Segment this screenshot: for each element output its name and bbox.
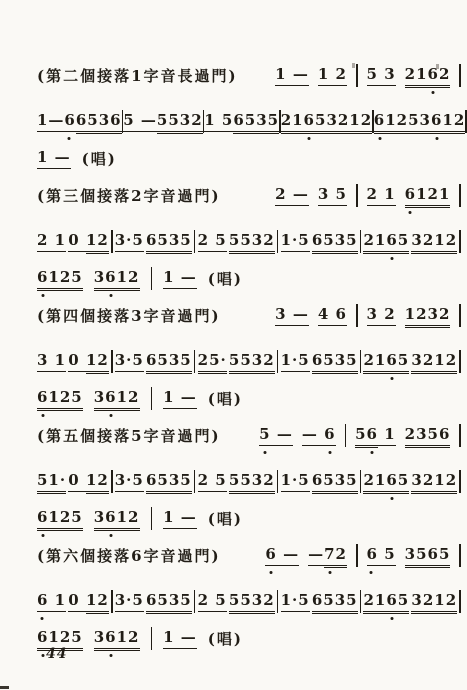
note-segment: 3·5: [115, 231, 144, 252]
note-segment: 3212: [411, 591, 457, 612]
note-group: 0 12: [68, 471, 109, 492]
notation-row: 1—665365 —55321 565352165321261253612: [37, 110, 461, 132]
note-group: 5 —: [259, 425, 293, 446]
note-segment: 5532: [229, 591, 275, 612]
section-label: (第三個接落2字音過門): [37, 185, 221, 206]
note-group: — 6: [302, 425, 336, 446]
note-segment: 3 —: [275, 305, 309, 326]
barline: [151, 387, 153, 410]
note-group: 5532: [229, 351, 275, 372]
note-segment: 72: [324, 545, 347, 566]
barline: [151, 627, 153, 650]
note-segment: 6125: [37, 388, 83, 409]
sing-label: (唱): [208, 268, 243, 289]
low-octave-dot: [391, 377, 394, 380]
note-segment: 5532: [229, 231, 275, 252]
barline: [277, 230, 279, 253]
low-octave-dot: [68, 137, 71, 140]
barline: [459, 304, 461, 327]
note-group: 6535: [146, 231, 192, 252]
note-segment: 12: [86, 351, 109, 372]
note-group: 1 —: [163, 268, 197, 289]
notation-row: 6 10 123·565352 555321·5653521653212: [37, 590, 461, 612]
low-octave-dot: [391, 257, 394, 260]
note-segment: 12: [86, 471, 109, 492]
sheet-page: (第二個接落1字音長過門)1 —1 25 321621—665365 —5532…: [0, 0, 467, 690]
note-segment: 3612: [94, 268, 140, 289]
note-segment: 3 2: [367, 305, 396, 326]
note-group: 2 —: [275, 185, 309, 206]
barline: [356, 64, 358, 87]
notation-row: 51·0 123·565352 555321·5653521653212: [37, 470, 461, 492]
note-group: 1 —: [163, 508, 197, 529]
low-octave-dot: [391, 497, 394, 500]
note-group: 3612: [94, 388, 140, 409]
notation-cluster: 3 —4 63 21232: [275, 304, 461, 327]
low-octave-dot: [378, 137, 381, 140]
note-segment: 6535: [146, 351, 192, 372]
note-segment: 12: [86, 591, 109, 612]
barline: [360, 350, 362, 373]
note-segment: 2165: [363, 591, 409, 612]
sing-label: (唱): [82, 148, 117, 169]
note-group: 6535: [312, 351, 358, 372]
note-group: 0 12: [68, 231, 109, 252]
note-segment: 3·5: [115, 471, 144, 492]
score-body: (第二個接落1字音長過門)1 —1 25 321621—665365 —5532…: [37, 64, 461, 649]
sing-label: (唱): [208, 628, 243, 649]
note-group: 5532: [229, 591, 275, 612]
notation-row: 612536121 —(唱): [37, 267, 461, 289]
note-group: 6125: [37, 508, 83, 529]
low-octave-dot: [109, 414, 112, 417]
notation-row: 612536121 —(唱): [37, 627, 461, 649]
note-segment: 2 5: [198, 231, 227, 252]
note-segment: 2 1: [367, 185, 396, 206]
note-segment: 1·5: [281, 231, 310, 252]
note-group: 6535: [146, 351, 192, 372]
note-group: 6125: [37, 388, 83, 409]
barline: [151, 267, 153, 290]
low-octave-dot: [328, 451, 331, 454]
note-group: 2 5: [198, 231, 227, 252]
low-octave-dot: [270, 571, 273, 574]
note-group: 1·5: [281, 351, 310, 372]
low-octave-dot: [370, 571, 373, 574]
barline: [277, 350, 279, 373]
note-group: 3 —: [275, 305, 309, 326]
note-segment: — 6: [302, 425, 336, 446]
note-segment: 1·5: [281, 471, 310, 492]
note-segment: 2165: [363, 351, 409, 372]
note-segment: 3212: [411, 471, 457, 492]
notation-cluster: 5 —— 656 12356: [259, 424, 461, 447]
note-group: 6125: [374, 111, 420, 132]
note-group: 1 —: [37, 148, 71, 169]
note-segment: 3212: [326, 111, 372, 132]
note-segment: 12: [86, 231, 109, 252]
barline: [459, 230, 461, 253]
note-group: 3·5: [115, 231, 144, 252]
note-group: 0 12: [68, 591, 109, 612]
low-octave-dot: [109, 654, 112, 657]
notation-row: (第五個接落5字音過門)5 —— 656 12356: [37, 424, 461, 446]
note-segment: 1—6: [37, 111, 76, 132]
section-label: (第二個接落1字音長過門): [37, 65, 238, 86]
note-segment: 3612: [94, 508, 140, 529]
note-segment: 5 —: [123, 111, 157, 132]
note-group: 3612: [420, 111, 466, 132]
note-segment: 3565: [405, 545, 451, 566]
note-group: 0 12: [68, 351, 109, 372]
note-group: 3212: [411, 591, 457, 612]
note-group: 56 1: [355, 425, 396, 446]
note-group: 2356: [405, 425, 451, 446]
note-segment: 3612: [94, 628, 140, 649]
note-segment: 6535: [146, 591, 192, 612]
note-group: 3612: [94, 268, 140, 289]
note-group: 2162: [405, 65, 451, 86]
note-segment: 2 5: [198, 591, 227, 612]
note-group: 1 —: [163, 388, 197, 409]
barline: [194, 350, 196, 373]
note-segment: 1 —: [163, 628, 197, 649]
barline: [194, 470, 196, 493]
note-group: 6 1: [37, 591, 66, 612]
barline: [459, 470, 461, 493]
low-octave-dot: [328, 571, 331, 574]
barline: [194, 590, 196, 613]
note-group: 1·5: [281, 591, 310, 612]
low-octave-dot: [409, 211, 412, 214]
note-segment: 5 3: [367, 65, 396, 86]
music-section: (第六個接落6字音過門)6 ——726 535656 10 123·565352…: [37, 544, 461, 649]
note-group: 6535: [312, 471, 358, 492]
note-group: 1·5: [281, 231, 310, 252]
low-octave-dot: [41, 534, 44, 537]
barline: [111, 590, 113, 613]
note-group: 6535: [312, 231, 358, 252]
note-segment: 6535: [312, 591, 358, 612]
barline: [194, 230, 196, 253]
sing-label: (唱): [208, 388, 243, 409]
low-octave-dot: [40, 617, 43, 620]
low-octave-dot: [41, 414, 44, 417]
barline: [360, 590, 362, 613]
note-group: 51·: [37, 471, 66, 492]
sing-label: (唱): [208, 508, 243, 529]
note-segment: 2356: [405, 425, 451, 446]
section-label: (第四個接落3字音過門): [37, 305, 221, 326]
note-group: 6121: [405, 185, 451, 206]
note-segment: 0: [68, 591, 86, 612]
note-group: 3 5: [318, 185, 347, 206]
note-group: —72: [308, 545, 347, 566]
music-section: (第四個接落3字音過門)3 —4 63 212323 10 123·565352…: [37, 304, 461, 409]
note-group: 2 1: [367, 185, 396, 206]
note-group: 3212: [411, 471, 457, 492]
low-octave-dot: [371, 451, 374, 454]
notation-cluster: 1 —1 25 32162: [275, 64, 461, 87]
note-segment: 5 —: [259, 425, 293, 446]
note-segment: 6535: [312, 351, 358, 372]
note-segment: 6535: [312, 471, 358, 492]
music-section: (第三個接落2字音過門)2 —3 52 161212 10 123·565352…: [37, 184, 461, 289]
note-segment: 1 —: [163, 268, 197, 289]
low-octave-dot: [41, 654, 44, 657]
note-group: 5 3: [367, 65, 396, 86]
note-group: 2 5: [198, 471, 227, 492]
note-group: 5 —: [123, 111, 157, 132]
note-segment: 3612: [420, 111, 466, 132]
note-group: 3212: [411, 351, 457, 372]
note-segment: 2 1: [37, 231, 66, 252]
note-segment: 3612: [94, 388, 140, 409]
note-group: 6535: [233, 111, 279, 132]
note-segment: 1 —: [37, 148, 71, 169]
note-segment: 6125: [37, 268, 83, 289]
note-group: 6125: [37, 268, 83, 289]
note-segment: 5532: [229, 351, 275, 372]
low-octave-dot: [435, 137, 438, 140]
note-group: 2165: [363, 351, 409, 372]
note-group: 3·5: [115, 471, 144, 492]
note-segment: 5532: [157, 111, 203, 132]
music-section: (第五個接落5字音過門)5 —— 656 1235651·0 123·56535…: [37, 424, 461, 529]
note-segment: 2162: [405, 65, 451, 86]
note-segment: 1: [378, 425, 396, 446]
notation-row: (第四個接落3字音過門)3 —4 63 21232: [37, 304, 461, 326]
note-segment: 3·5: [115, 591, 144, 612]
note-segment: 6 5: [367, 545, 396, 566]
note-group: 5532: [229, 471, 275, 492]
note-segment: 6535: [146, 471, 192, 492]
note-group: 2165: [363, 231, 409, 252]
note-segment: 25·: [198, 351, 227, 372]
note-group: 3612: [94, 508, 140, 529]
note-group: 2165: [363, 471, 409, 492]
note-segment: 6125: [37, 508, 83, 529]
barline: [356, 184, 358, 207]
note-group: 1 —: [275, 65, 309, 86]
note-group: 3212: [326, 111, 372, 132]
barline: [356, 544, 358, 567]
note-segment: —: [308, 545, 324, 566]
note-group: 1232: [405, 305, 451, 326]
note-segment: 2 —: [275, 185, 309, 206]
barline: [360, 470, 362, 493]
note-group: 3 1: [37, 351, 66, 372]
note-group: 1 5: [204, 111, 233, 132]
barline: [459, 590, 461, 613]
barline: [459, 544, 461, 567]
note-segment: 4 6: [318, 305, 347, 326]
note-group: 6535: [146, 591, 192, 612]
low-octave-dot: [308, 137, 311, 140]
note-group: 4 6: [318, 305, 347, 326]
note-group: 3612: [94, 628, 140, 649]
notation-row: (第三個接落2字音過門)2 —3 52 16121: [37, 184, 461, 206]
note-segment: 1·5: [281, 351, 310, 372]
barline: [277, 590, 279, 613]
notation-cluster: 2 —3 52 16121: [275, 184, 461, 207]
note-segment: 6125: [374, 111, 420, 132]
note-group: 25·: [198, 351, 227, 372]
barline: [356, 304, 358, 327]
notation-row: 2 10 123·565352 555321·5653521653212: [37, 230, 461, 252]
barline: [459, 64, 461, 87]
note-group: 3 2: [367, 305, 396, 326]
barline: [277, 470, 279, 493]
note-group: 1—6: [37, 111, 76, 132]
note-segment: 3·5: [115, 351, 144, 372]
note-group: 6 5: [367, 545, 396, 566]
music-section: (第二個接落1字音長過門)1 —1 25 321621—665365 —5532…: [37, 64, 461, 169]
note-segment: 3 1: [37, 351, 66, 372]
notation-row: 612536121 —(唱): [37, 507, 461, 529]
note-segment: 3 5: [318, 185, 347, 206]
note-segment: 6535: [233, 111, 279, 132]
barline: [345, 424, 347, 447]
low-octave-dot: [432, 91, 435, 94]
note-group: 2165: [363, 591, 409, 612]
note-group: 5532: [157, 111, 203, 132]
barline: [111, 350, 113, 373]
note-group: 3212: [411, 231, 457, 252]
note-group: 6 —: [265, 545, 299, 566]
page-number: 44: [46, 646, 67, 662]
low-octave-dot: [109, 294, 112, 297]
note-group: 2 5: [198, 591, 227, 612]
scan-edge-mark: [0, 686, 9, 689]
section-label: (第六個接落6字音過門): [37, 545, 221, 566]
note-segment: 6535: [312, 231, 358, 252]
note-segment: 1 —: [163, 508, 197, 529]
note-segment: 51·: [37, 471, 66, 492]
note-group: 2 1: [37, 231, 66, 252]
note-segment: 2165: [363, 471, 409, 492]
barline: [459, 424, 461, 447]
note-segment: 0: [68, 351, 86, 372]
note-segment: 1·5: [281, 591, 310, 612]
note-segment: 0: [68, 471, 86, 492]
note-group: 5532: [229, 231, 275, 252]
note-segment: 0: [68, 231, 86, 252]
note-segment: 2165: [281, 111, 327, 132]
note-group: 6536: [76, 111, 122, 132]
note-segment: 2 5: [198, 471, 227, 492]
note-segment: 5532: [229, 471, 275, 492]
barline: [111, 470, 113, 493]
note-group: 3·5: [115, 591, 144, 612]
scan-speck: [436, 64, 439, 69]
note-segment: 6536: [76, 111, 122, 132]
scan-speck: [352, 63, 355, 68]
note-segment: 1 2: [318, 65, 347, 86]
low-octave-dot: [109, 534, 112, 537]
note-segment: 1232: [405, 305, 451, 326]
notation-row: 3 10 123·5653525·55321·5653521653212: [37, 350, 461, 372]
note-segment: 1 —: [275, 65, 309, 86]
notation-cluster: 6 ——726 53565: [265, 544, 461, 567]
note-group: 1 2: [318, 65, 347, 86]
note-segment: 2165: [363, 231, 409, 252]
note-segment: 3212: [411, 231, 457, 252]
section-label: (第五個接落5字音過門): [37, 425, 221, 446]
low-octave-dot: [41, 294, 44, 297]
note-segment: 6535: [146, 231, 192, 252]
note-group: 6535: [146, 471, 192, 492]
low-octave-dot: [391, 617, 394, 620]
note-segment: 1 5: [204, 111, 233, 132]
notation-row: 1 —(唱): [37, 147, 461, 169]
barline: [360, 230, 362, 253]
barline: [459, 184, 461, 207]
note-group: 1·5: [281, 471, 310, 492]
barline: [151, 507, 153, 530]
note-segment: 6 —: [265, 545, 299, 566]
note-segment: 1 —: [163, 388, 197, 409]
note-segment: 6 1: [37, 591, 66, 612]
note-segment: 3212: [411, 351, 457, 372]
note-segment: 56: [355, 425, 378, 446]
barline: [111, 230, 113, 253]
note-group: 6535: [312, 591, 358, 612]
notation-row: (第二個接落1字音長過門)1 —1 25 32162: [37, 64, 461, 86]
note-group: 2165: [281, 111, 327, 132]
note-group: 3565: [405, 545, 451, 566]
notation-row: (第六個接落6字音過門)6 ——726 53565: [37, 544, 461, 566]
note-group: 1 —: [163, 628, 197, 649]
note-segment: 6121: [405, 185, 451, 206]
notation-row: 612536121 —(唱): [37, 387, 461, 409]
barline: [459, 350, 461, 373]
note-group: 3·5: [115, 351, 144, 372]
low-octave-dot: [263, 451, 266, 454]
